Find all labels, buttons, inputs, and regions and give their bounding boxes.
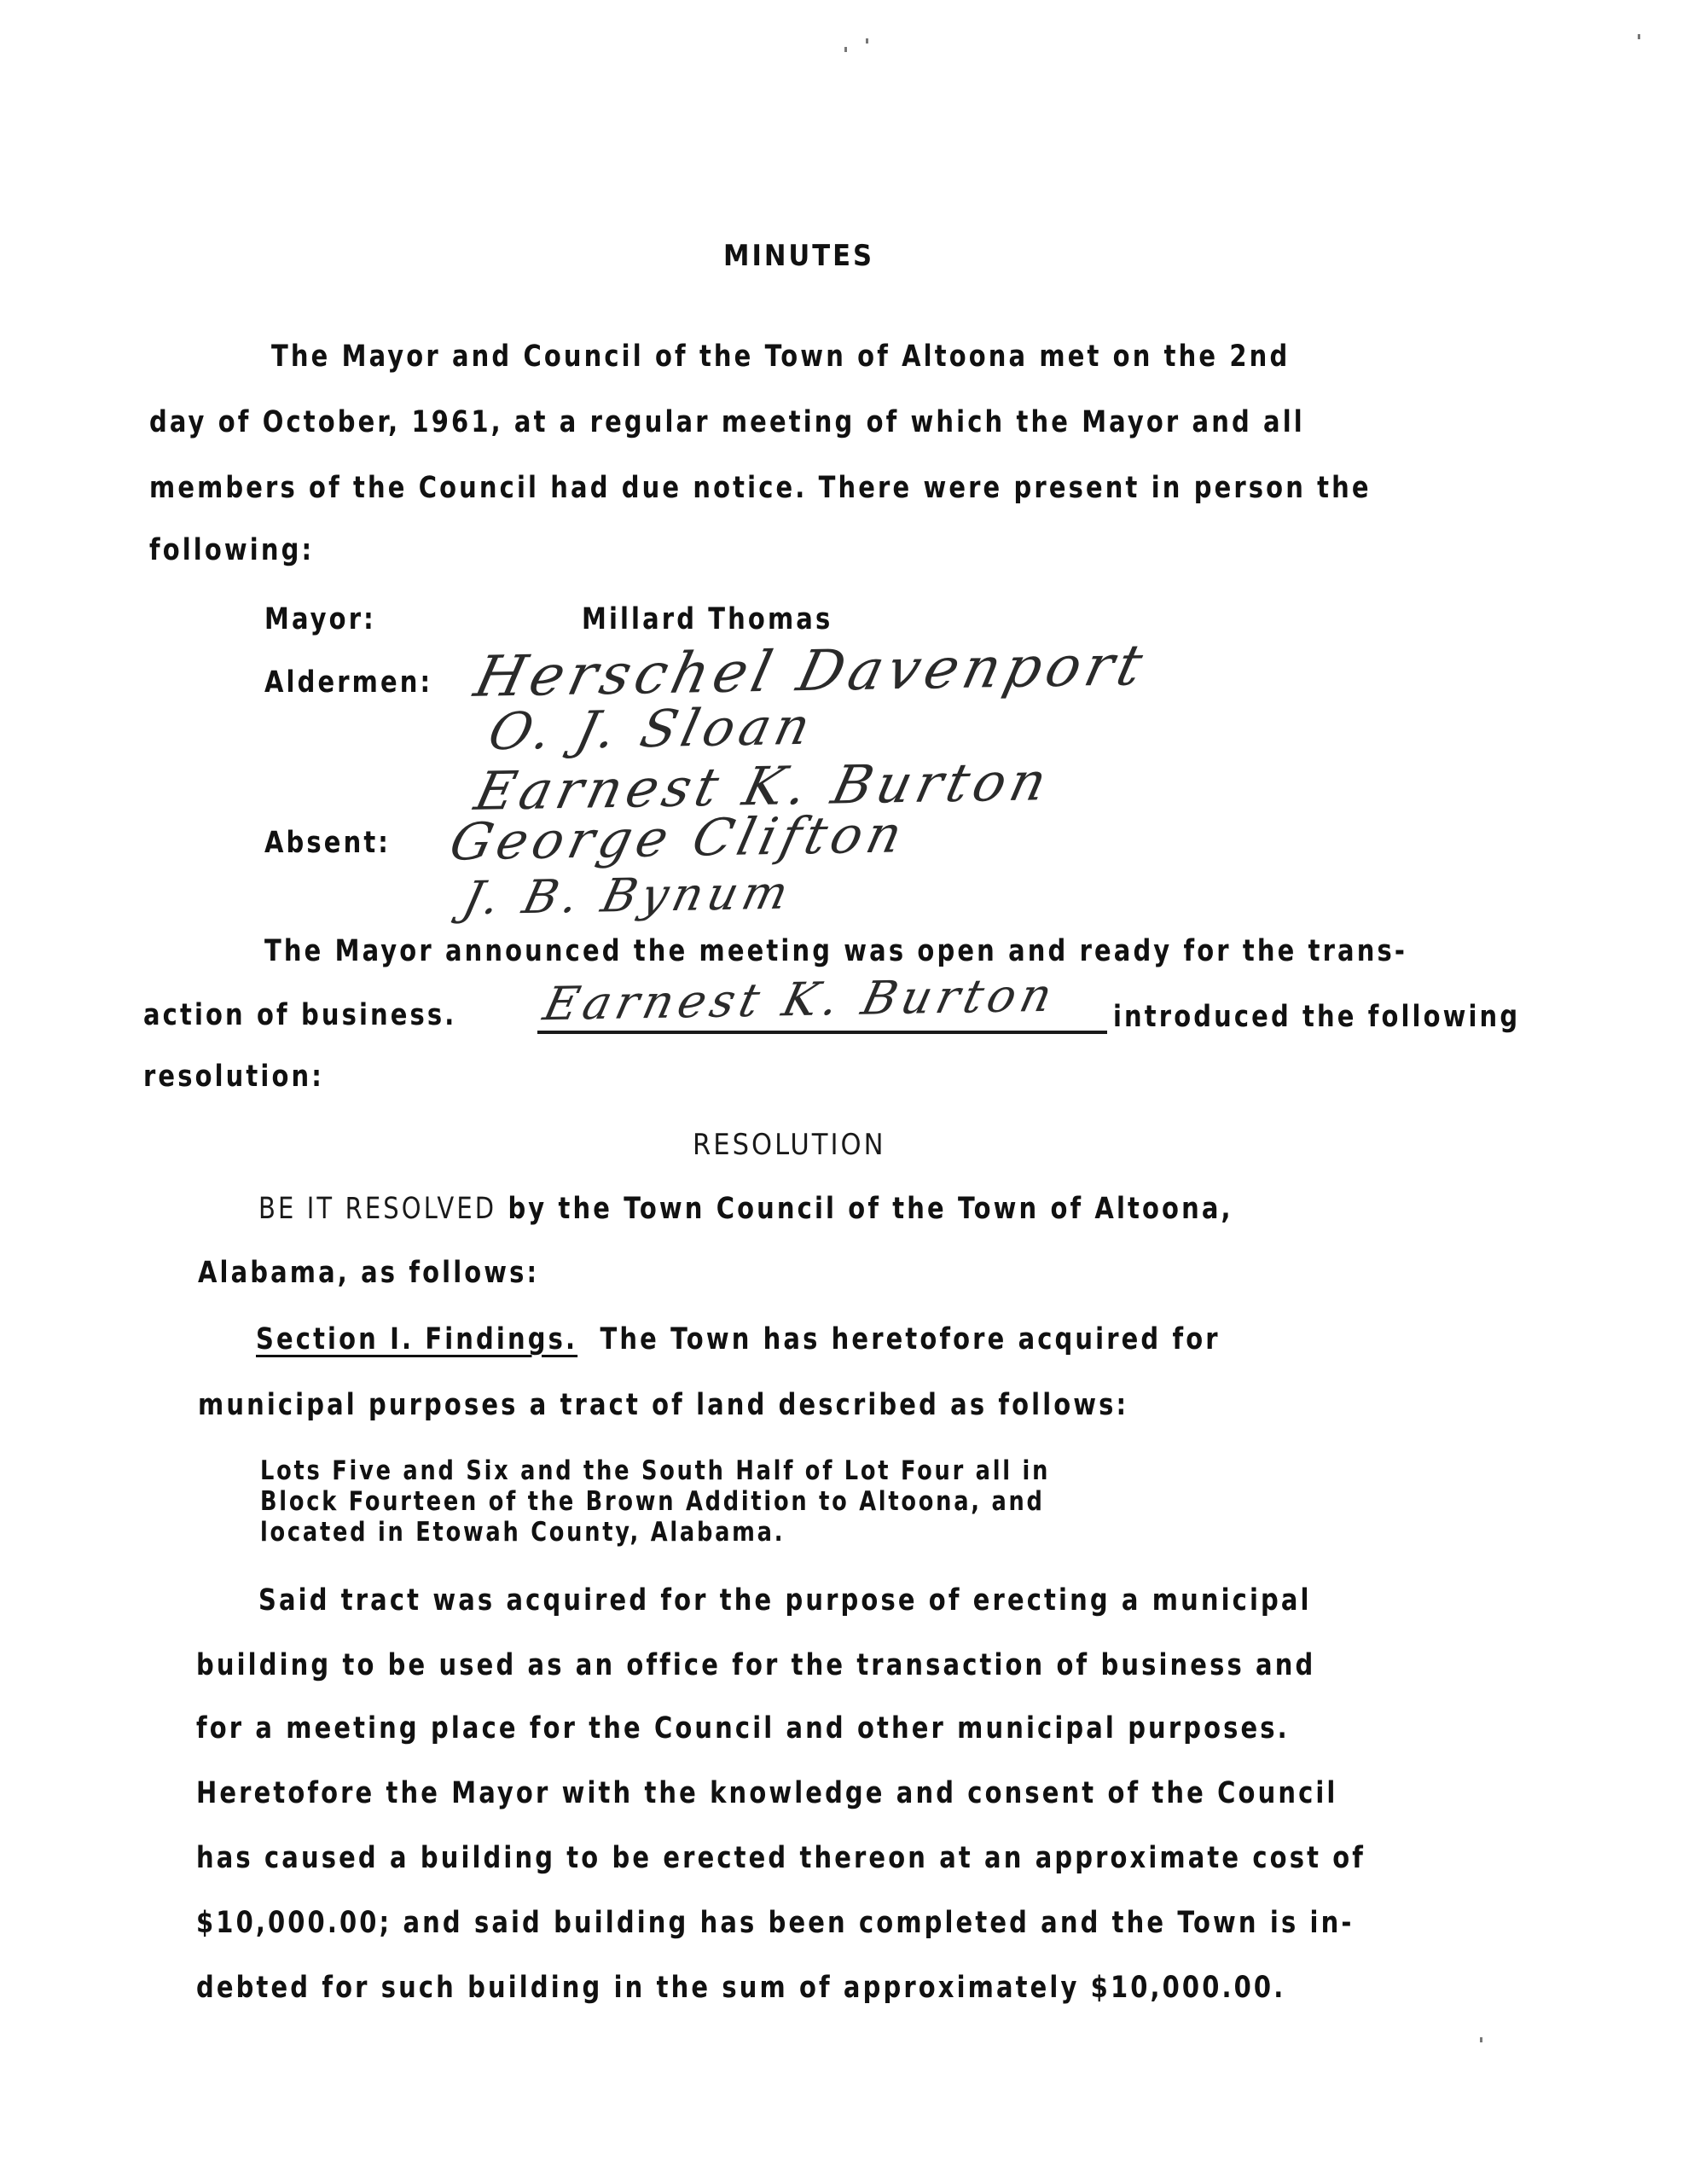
findings-line: Heretofore the Mayor with the knowledge …	[196, 1776, 1337, 1810]
signature-line	[537, 1031, 1107, 1034]
absent-label: Absent:	[264, 826, 391, 860]
findings-line: for a meeting place for the Council and …	[196, 1711, 1290, 1745]
scan-artifact	[1638, 34, 1640, 39]
findings-line: $10,000.00; and said building has been c…	[196, 1906, 1354, 1940]
findings-line: building to be used as an office for the…	[196, 1648, 1315, 1682]
document-title: MINUTES	[723, 239, 874, 273]
document-page: MINUTES The Mayor and Council of the Tow…	[0, 0, 1694, 2184]
findings-line: debted for such building in the sum of a…	[196, 1971, 1285, 2005]
absent-signature: J. B. Bynum	[458, 866, 798, 926]
opening-paragraph-line: The Mayor and Council of the Town of Alt…	[271, 340, 1290, 374]
section-heading: Section I. Findings.	[256, 1322, 577, 1356]
opening-paragraph-line: members of the Council had due notice. T…	[149, 471, 1372, 505]
resolved-line: BE IT RESOLVED by the Town Council of th…	[258, 1192, 1233, 1226]
mayor-name: Millard Thomas	[582, 602, 832, 636]
findings-line: Said tract was acquired for the purpose …	[258, 1583, 1312, 1618]
scan-artifact	[1480, 2037, 1482, 2042]
business-paragraph-line: introduced the following	[1113, 1000, 1520, 1034]
findings-line: has caused a building to be erected ther…	[196, 1841, 1366, 1875]
land-description-line: Block Fourteen of the Brown Addition to …	[260, 1486, 1045, 1517]
section-line: Section I. Findings. The Town has hereto…	[256, 1322, 1221, 1356]
mayor-label: Mayor:	[264, 602, 376, 636]
land-description-line: located in Etowah County, Alabama.	[260, 1517, 785, 1548]
business-paragraph-line: resolution:	[143, 1060, 324, 1094]
introducer-signature: Earnest K. Burton	[538, 968, 1062, 1031]
resolved-prefix: BE IT RESOLVED	[258, 1192, 496, 1226]
alderman-signature: O. J. Sloan	[483, 697, 821, 763]
opening-paragraph-line: day of October, 1961, at a regular meeti…	[149, 405, 1305, 439]
opening-paragraph-line: following:	[149, 533, 314, 567]
resolution-heading: RESOLUTION	[693, 1128, 885, 1162]
business-paragraph-line: action of business.	[143, 998, 456, 1032]
business-paragraph-line: The Mayor announced the meeting was open…	[264, 934, 1407, 968]
scan-artifact	[866, 38, 868, 44]
resolved-rest: by the Town Council of the Town of Altoo…	[508, 1192, 1233, 1226]
scan-artifact	[844, 47, 847, 52]
absent-signature: George Clifton	[444, 804, 913, 872]
section-line-2: municipal purposes a tract of land descr…	[198, 1388, 1128, 1422]
section-line-rest: The Town has heretofore acquired for	[600, 1322, 1221, 1356]
land-description-line: Lots Five and Six and the South Half of …	[260, 1455, 1050, 1486]
aldermen-label: Aldermen:	[264, 665, 432, 700]
resolved-line-2: Alabama, as follows:	[198, 1256, 539, 1290]
